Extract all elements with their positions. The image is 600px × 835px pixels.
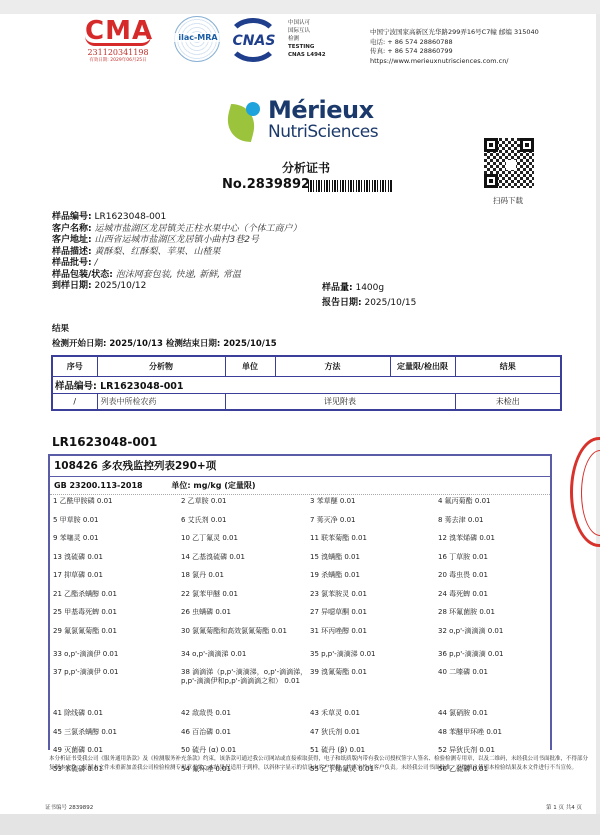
ilac-label: ilac-MRA	[173, 33, 223, 42]
list-item: 2 乙草胺 0.01	[181, 495, 310, 514]
cma-number: 231120341198	[85, 48, 151, 57]
test-dates: 检测开始日期: 2025/10/13 检测结束日期: 2025/10/15	[52, 337, 277, 349]
list-item: 17 抑草磷 0.01	[53, 569, 181, 588]
company-phone: 电话: + 86 574 28860788	[370, 38, 539, 48]
info-value: 1400g	[355, 283, 384, 293]
info-row-report-date: 报告日期: 2025/10/15	[322, 296, 416, 311]
info-label: 样品描述:	[52, 247, 92, 257]
col-analyte: 分析物	[97, 356, 225, 376]
barcode-icon	[308, 180, 392, 192]
list-item: 36 p,p'-滴滴滴 0.01	[438, 648, 557, 667]
list-item: 23 氯苯胺灵 0.01	[310, 588, 438, 607]
list-item: 8 莠去津 0.01	[438, 514, 557, 533]
cnas-text-line: TESTING	[288, 43, 326, 51]
info-value: 山西省运城市盐湖区龙居镇小曲村3巷2号	[94, 235, 258, 245]
brand-name: Mérieux	[268, 96, 374, 124]
info-value: 泡沫网套包装, 快递, 新鲜, 常温	[116, 270, 241, 280]
list-item: 43 禾草灵 0.01	[310, 707, 438, 726]
info-row-quantity: 样品量: 1400g	[322, 281, 416, 296]
list-subheader: GB 23200.113-2018 单位: mg/kg (定量限)	[50, 477, 550, 495]
info-label: 样品编号:	[52, 212, 92, 222]
list-item: 9 苯噻灵 0.01	[53, 532, 181, 551]
list-item: 26 虫螨磷 0.01	[181, 606, 310, 625]
cnas-text-line: 中国认可	[288, 19, 326, 27]
list-item: 1 乙酰甲胺磷 0.01	[53, 495, 181, 514]
list-item: 27 异噁草酮 0.01	[310, 606, 438, 625]
ilac-mra-logo: ilac-MRA	[174, 16, 220, 62]
list-item: 34 o,p'-滴滴涕 0.01	[181, 648, 310, 667]
results-heading: 结果	[52, 322, 69, 334]
list-item: 14 乙基溴硫磷 0.01	[181, 551, 310, 570]
list-item: 44 氯硝胺 0.01	[438, 707, 557, 726]
col-unit: 单位	[225, 356, 275, 376]
list-item: 31 环丙唑醇 0.01	[310, 625, 438, 648]
col-result: 结果	[455, 356, 561, 376]
list-item: 12 溴苯烯磷 0.01	[438, 532, 557, 551]
qr-finder	[520, 138, 534, 152]
list-item: 30 氯氰菊酯和高效氯氰菊酯 0.01	[181, 625, 310, 648]
cell-result: 未检出	[455, 393, 561, 410]
list-item: 25 甲基毒死蜱 0.01	[53, 606, 181, 625]
info-label: 客户名称:	[52, 224, 92, 234]
info-value: /	[94, 258, 97, 268]
cell-seq: /	[52, 393, 97, 410]
col-limit: 定量限/检出限	[390, 356, 455, 376]
col-seq: 序号	[52, 356, 97, 376]
list-item: 45 三氯杀螨醇 0.01	[53, 726, 181, 745]
list-item: 22 氯苯甲醚 0.01	[181, 588, 310, 607]
list-item: 10 乙丁氟灵 0.01	[181, 532, 310, 551]
list-item: 13 溴硫磷 0.01	[53, 551, 181, 570]
qr-finder	[484, 138, 498, 152]
cma-mark: CMA	[85, 16, 151, 46]
info-value: 黄酥梨、红酥梨、苹果、山楂果	[94, 247, 220, 257]
info-row-client-name: 客户名称: 运城市盐湖区龙居镇关正柱水果中心（个体工商户）	[52, 224, 302, 236]
company-address: 中国宁波国家高新区光华路299弄16号C7幢 邮编 315040	[370, 28, 539, 38]
info-label: 样品批号:	[52, 258, 92, 268]
info-label: 报告日期:	[322, 298, 362, 308]
cnas-text-line: 国际互认	[288, 27, 326, 35]
list-item: 24 毒死蜱 0.01	[438, 588, 557, 607]
list-item: 47 狄氏剂 0.01	[310, 726, 438, 745]
pesticide-list: 108426 多农残监控列表290+项 GB 23200.113-2018 单位…	[48, 454, 552, 750]
cnas-label: CNAS	[224, 33, 284, 49]
list-item: 32 o,p'-滴滴滴 0.01	[438, 625, 557, 648]
qr-finder	[484, 174, 498, 188]
info-label: 客户地址:	[52, 235, 92, 245]
cma-logo: CMA 231120341198 有效日期: 2029年06月25日	[85, 16, 151, 66]
cell-method: 详见附表	[225, 393, 455, 410]
list-item: 28 环氟菌胺 0.01	[438, 606, 557, 625]
list-title: 108426 多农残监控列表290+项	[50, 456, 550, 477]
info-row-client-address: 客户地址: 山西省运城市盐湖区龙居镇小曲村3巷2号	[52, 235, 302, 247]
info-value: 2025/10/12	[94, 281, 146, 291]
company-seal-icon	[570, 437, 600, 547]
list-item: 21 乙酯杀螨醇 0.01	[53, 588, 181, 607]
list-standard: GB 23200.113-2018	[54, 481, 143, 490]
list-item: 33 o,p'-滴滴伊 0.01	[53, 648, 181, 667]
certificate-title: 分析证书	[282, 159, 330, 176]
info-label: 到样日期:	[52, 281, 92, 291]
list-item: 48 苯醚甲环唑 0.01	[438, 726, 557, 745]
sample-info-right: 样品量: 1400g 报告日期: 2025/10/15	[322, 281, 416, 310]
appendix-sample-id: LR1623048-001	[52, 435, 157, 449]
list-item: 42 敌敌畏 0.01	[181, 707, 310, 726]
list-item: 41 除线磷 0.01	[53, 707, 181, 726]
disclaimer: 本分析证书受我公司《服务通用条款》及《检测服务补充条款》约束，该条款可通过我公司…	[49, 755, 589, 772]
info-value: 运城市盐湖区龙居镇关正柱水果中心（个体工商户）	[94, 224, 301, 234]
list-item: 11 联苯菊酯 0.01	[310, 532, 438, 551]
info-value: LR1623048-001	[94, 212, 166, 222]
certificate-page: CMA 231120341198 有效日期: 2029年06月25日 ilac-…	[0, 14, 596, 814]
info-value: 2025/10/15	[364, 298, 416, 308]
info-row-description: 样品描述: 黄酥梨、红酥梨、苹果、山楂果	[52, 247, 302, 259]
certificate-number: No.2839892	[222, 177, 310, 192]
list-item: 18 氯丹 0.01	[181, 569, 310, 588]
col-method: 方法	[275, 356, 390, 376]
list-item: 16 丁草胺 0.01	[438, 551, 557, 570]
list-item: 38 滴滴涕（p,p'-滴滴涕，o,p'-滴滴涕，p,p'-滴滴伊和p,p'-滴…	[181, 666, 310, 707]
footer-cert-number: 证书编号 2839892	[45, 803, 93, 811]
results-header-row: 序号 分析物 单位 方法 定量限/检出限 结果	[52, 356, 561, 376]
info-row-batch: 样品批号: /	[52, 258, 302, 270]
list-item: 40 二嗪磷 0.01	[438, 666, 557, 707]
cma-valid-date: 有效日期: 2029年06月25日	[85, 57, 151, 63]
merieux-logo: Mérieux NutriSciences	[222, 94, 382, 146]
list-item: 3 苯草醚 0.01	[310, 495, 438, 514]
list-item: 5 甲草胺 0.01	[53, 514, 181, 533]
cnas-accreditation-text: 中国认可 国际互认 检测 TESTING CNAS L4942	[288, 19, 326, 59]
brand-subname: NutriSciences	[268, 122, 378, 142]
list-item: 35 p,p'-滴滴涕 0.01	[310, 648, 438, 667]
footer-page-number: 第 1 页 共4 页	[546, 803, 582, 811]
list-item: 19 杀螨酯 0.01	[310, 569, 438, 588]
list-item: 37 p,p'-滴滴伊 0.01	[53, 666, 181, 707]
list-unit: 单位: mg/kg (定量限)	[171, 481, 255, 490]
list-item: 6 艾氏剂 0.01	[181, 514, 310, 533]
list-item: 39 溴氰菊酯 0.01	[310, 666, 438, 707]
qr-code-icon[interactable]	[482, 136, 536, 190]
sample-row: 样品编号: LR1623048-001	[52, 376, 561, 393]
list-item: 20 毒虫畏 0.01	[438, 569, 557, 588]
info-row-packaging: 样品包装/状态: 泡沫网套包装, 快递, 新鲜, 常温	[52, 270, 302, 282]
cnas-text-line: CNAS L4942	[288, 51, 326, 59]
company-website[interactable]: https://www.merieuxnutrisciences.com.cn/	[370, 57, 539, 67]
info-label: 样品包装/状态:	[52, 270, 113, 280]
table-row: / 列表中所检农药 详见附表 未检出	[52, 393, 561, 410]
cnas-text-line: 检测	[288, 35, 326, 43]
company-fax: 传真: + 86 574 28860799	[370, 47, 539, 57]
sample-row-label: 样品编号: LR1623048-001	[52, 376, 561, 393]
sample-info: 样品编号: LR1623048-001 客户名称: 运城市盐湖区龙居镇关正柱水果…	[52, 212, 302, 293]
list-item: 29 氟氯氰菊酯 0.01	[53, 625, 181, 648]
list-item: 15 溴螨酯 0.01	[310, 551, 438, 570]
company-contact: 中国宁波国家高新区光华路299弄16号C7幢 邮编 315040 电话: + 8…	[370, 28, 539, 66]
list-item: 4 氟丙菊酯 0.01	[438, 495, 557, 514]
info-row-arrival-date: 到样日期: 2025/10/12	[52, 281, 302, 293]
dot-icon	[246, 102, 260, 116]
list-item: 46 百治磷 0.01	[181, 726, 310, 745]
info-label: 样品量:	[322, 283, 353, 293]
list-item: 7 莠灭净 0.01	[310, 514, 438, 533]
viewer-bottom-bar	[0, 814, 600, 835]
cnas-logo: CNAS	[227, 18, 279, 62]
qr-label: 扫码下载	[493, 195, 523, 206]
viewer-top-bar	[0, 0, 600, 14]
info-row-sample-no: 样品编号: LR1623048-001	[52, 212, 302, 224]
results-table: 序号 分析物 单位 方法 定量限/检出限 结果 样品编号: LR1623048-…	[51, 355, 562, 411]
cell-analyte: 列表中所检农药	[97, 393, 225, 410]
pesticide-grid: 1 乙酰甲胺磷 0.012 乙草胺 0.013 苯草醚 0.014 氟丙菊酯 0…	[50, 495, 550, 781]
